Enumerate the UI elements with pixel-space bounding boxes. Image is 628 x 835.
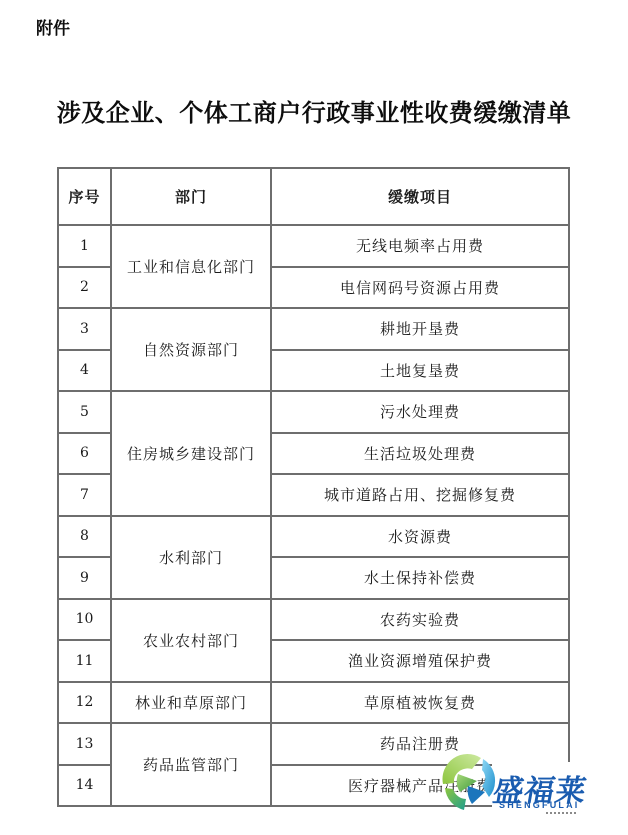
fee-item-cell: 城市道路占用、挖掘修复费: [271, 474, 569, 516]
department-cell: 住房城乡建设部门: [111, 391, 271, 516]
row-number-cell: 7: [58, 474, 111, 516]
fee-item-cell: 耕地开垦费: [271, 308, 569, 350]
row-number-cell: 12: [58, 682, 111, 724]
row-number-cell: 6: [58, 433, 111, 475]
row-number-cell: 4: [58, 350, 111, 392]
row-number-cell: 2: [58, 267, 111, 309]
department-cell: 药品监管部门: [111, 723, 271, 806]
table-row: 3自然资源部门耕地开垦费: [58, 308, 569, 350]
fee-deferral-table: 序号部门缓缴项目 1工业和信息化部门无线电频率占用费2电信网码号资源占用费3自然…: [57, 167, 570, 807]
fee-item-cell: 渔业资源增殖保护费: [271, 640, 569, 682]
department-cell: 水利部门: [111, 516, 271, 599]
department-cell: 自然资源部门: [111, 308, 271, 391]
fee-item-cell: 水资源费: [271, 516, 569, 558]
attachment-label: 附件: [36, 14, 70, 39]
row-number-cell: 10: [58, 599, 111, 641]
department-cell: 农业农村部门: [111, 599, 271, 682]
column-header: 序号: [58, 168, 111, 225]
fee-item-cell: 草原植被恢复费: [271, 682, 569, 724]
table-row: 1工业和信息化部门无线电频率占用费: [58, 225, 569, 267]
fee-item-cell: 农药实验费: [271, 599, 569, 641]
table-header-row: 序号部门缓缴项目: [58, 168, 569, 225]
watermark-brand-romanized: SHENGFULAI: [499, 800, 580, 810]
fee-item-cell: 污水处理费: [271, 391, 569, 433]
row-number-cell: 13: [58, 723, 111, 765]
table-row: 10农业农村部门农药实验费: [58, 599, 569, 641]
fee-item-cell: 无线电频率占用费: [271, 225, 569, 267]
page-title: 涉及企业、个体工商户行政事业性收费缓缴清单: [0, 93, 628, 128]
column-header: 部门: [111, 168, 271, 225]
column-header: 缓缴项目: [271, 168, 569, 225]
row-number-cell: 8: [58, 516, 111, 558]
swirl-leaf-logo-icon: [438, 753, 498, 813]
document-page: 附件 涉及企业、个体工商户行政事业性收费缓缴清单 序号部门缓缴项目 1工业和信息…: [0, 0, 628, 835]
fee-item-cell: 药品注册费: [271, 723, 569, 765]
fee-item-cell: 水土保持补偿费: [271, 557, 569, 599]
row-number-cell: 14: [58, 765, 111, 807]
row-number-cell: 1: [58, 225, 111, 267]
fee-item-cell: 土地复垦费: [271, 350, 569, 392]
department-cell: 林业和草原部门: [111, 682, 271, 724]
table-row: 12林业和草原部门草原植被恢复费: [58, 682, 569, 724]
department-cell: 工业和信息化部门: [111, 225, 271, 308]
table-body: 1工业和信息化部门无线电频率占用费2电信网码号资源占用费3自然资源部门耕地开垦费…: [58, 225, 569, 806]
table-header: 序号部门缓缴项目: [58, 168, 569, 225]
table-row: 8水利部门水资源费: [58, 516, 569, 558]
fee-item-cell: 电信网码号资源占用费: [271, 267, 569, 309]
row-number-cell: 5: [58, 391, 111, 433]
fee-item-cell: 生活垃圾处理费: [271, 433, 569, 475]
scan-artifact-dots: [546, 812, 576, 814]
row-number-cell: 9: [58, 557, 111, 599]
row-number-cell: 3: [58, 308, 111, 350]
row-number-cell: 11: [58, 640, 111, 682]
table-row: 5住房城乡建设部门污水处理费: [58, 391, 569, 433]
